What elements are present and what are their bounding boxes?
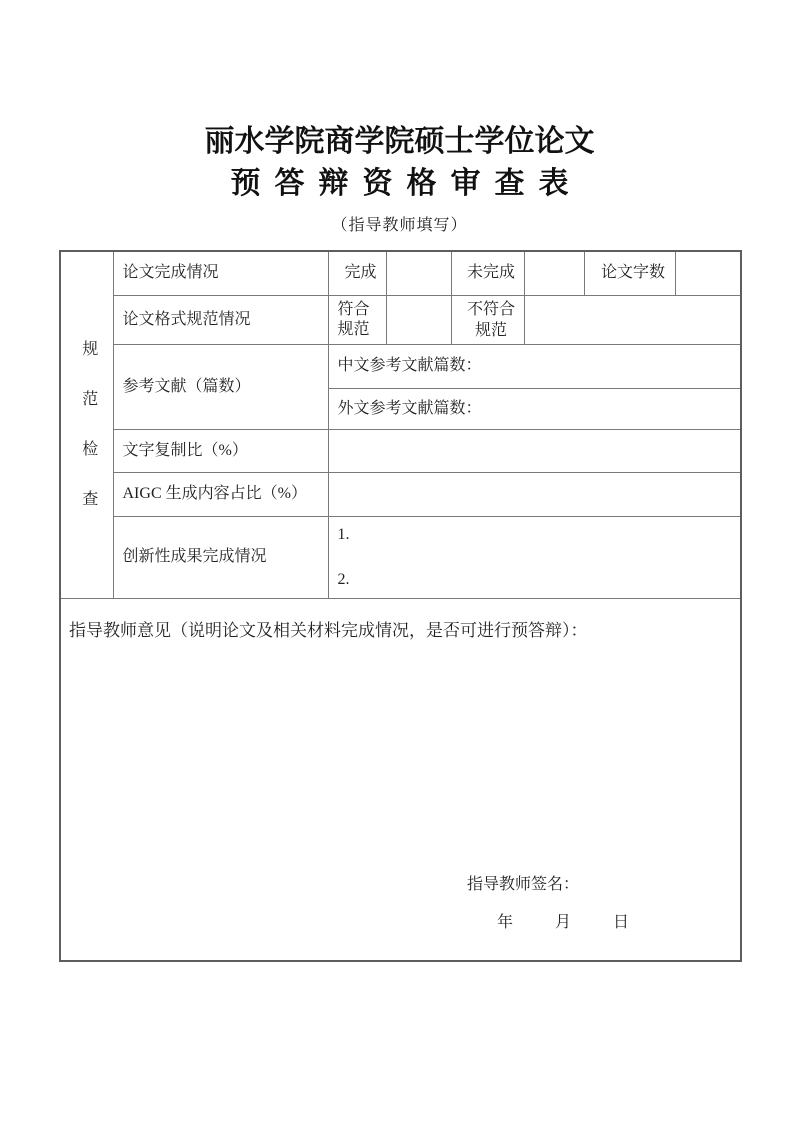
thesis-completion-label: 论文完成情况	[113, 251, 328, 295]
format-conform-fill-cell[interactable]	[386, 295, 451, 344]
review-table: 规 范 检 查 论文完成情况 完成 未完成 论文字数 论文格式规范情况 符合规范…	[59, 250, 742, 962]
date-month-label: 月	[555, 913, 571, 933]
format-notconform-fill-cell[interactable]	[524, 295, 741, 344]
aigc-ratio-label: AIGC 生成内容占比（%）	[113, 472, 328, 516]
row-references-chinese: 参考文献（篇数） 中文参考文献篇数：	[60, 344, 741, 388]
date-year-label: 年	[497, 913, 513, 933]
row-format-standard: 论文格式规范情况 符合规范 不符合规范	[60, 295, 741, 344]
row-thesis-completion: 规 范 检 查 论文完成情况 完成 未完成 论文字数	[60, 251, 741, 295]
innovation-label: 创新性成果完成情况	[113, 516, 328, 598]
references-foreign-fill-cell[interactable]: 外文参考文献篇数：	[328, 388, 741, 429]
row-aigc-ratio: AIGC 生成内容占比（%）	[60, 472, 741, 516]
innovation-fill-cell[interactable]: 1. 2.	[328, 516, 741, 598]
vertical-char-4: 查	[82, 490, 98, 510]
references-label: 参考文献（篇数）	[113, 344, 328, 429]
date-day-label: 日	[613, 913, 629, 933]
advisor-opinion-label: 指导教师意见（说明论文及相关材料完成情况，是否可进行预答辩）：	[69, 620, 588, 642]
word-count-fill-cell[interactable]	[675, 251, 741, 295]
aigc-ratio-fill-cell[interactable]	[328, 472, 741, 516]
copy-ratio-fill-cell[interactable]	[328, 429, 741, 472]
title-note: （指导教师填写）	[0, 216, 799, 236]
vertical-char-2: 范	[82, 390, 98, 410]
advisor-signature-label: 指导教师签名：	[467, 875, 579, 895]
section-header-spec-check: 规 范 检 查	[60, 251, 113, 598]
section-header-vertical-text: 规 范 检 查	[70, 340, 111, 510]
references-chinese-label: 中文参考文献篇数：	[338, 357, 482, 374]
date-line: 年 月 日	[497, 913, 629, 933]
innovation-item1: 1.	[338, 524, 739, 546]
format-conform-label: 符合规范	[328, 295, 386, 344]
vertical-char-1: 规	[82, 340, 98, 360]
completion-done-label: 完成	[328, 251, 386, 295]
completion-done-fill-cell[interactable]	[386, 251, 451, 295]
innovation-item2: 2.	[338, 569, 739, 591]
advisor-opinion-fill-cell[interactable]: 指导教师意见（说明论文及相关材料完成情况，是否可进行预答辩）： 指导教师签名： …	[60, 598, 741, 961]
completion-notdone-label: 未完成	[451, 251, 524, 295]
row-innovation: 创新性成果完成情况 1. 2.	[60, 516, 741, 598]
title-block: 丽水学院商学院硕士学位论文 预答辩资格审查表 （指导教师填写）	[0, 121, 799, 236]
form-page: 丽水学院商学院硕士学位论文 预答辩资格审查表 （指导教师填写） 规 范 检 查 …	[0, 0, 799, 1131]
references-foreign-label: 外文参考文献篇数：	[338, 400, 482, 417]
word-count-label: 论文字数	[584, 251, 675, 295]
vertical-char-3: 检	[82, 440, 98, 460]
copy-ratio-label: 文字复制比（%）	[113, 429, 328, 472]
completion-notdone-fill-cell[interactable]	[524, 251, 584, 295]
format-notconform-label: 不符合规范	[451, 295, 524, 344]
format-standard-label: 论文格式规范情况	[113, 295, 328, 344]
row-advisor-opinion: 指导教师意见（说明论文及相关材料完成情况，是否可进行预答辩）： 指导教师签名： …	[60, 598, 741, 961]
row-copy-ratio: 文字复制比（%）	[60, 429, 741, 472]
page-title-line2: 预答辩资格审查表	[0, 163, 799, 205]
references-chinese-fill-cell[interactable]: 中文参考文献篇数：	[328, 344, 741, 388]
page-title-line1: 丽水学院商学院硕士学位论文	[0, 121, 799, 163]
